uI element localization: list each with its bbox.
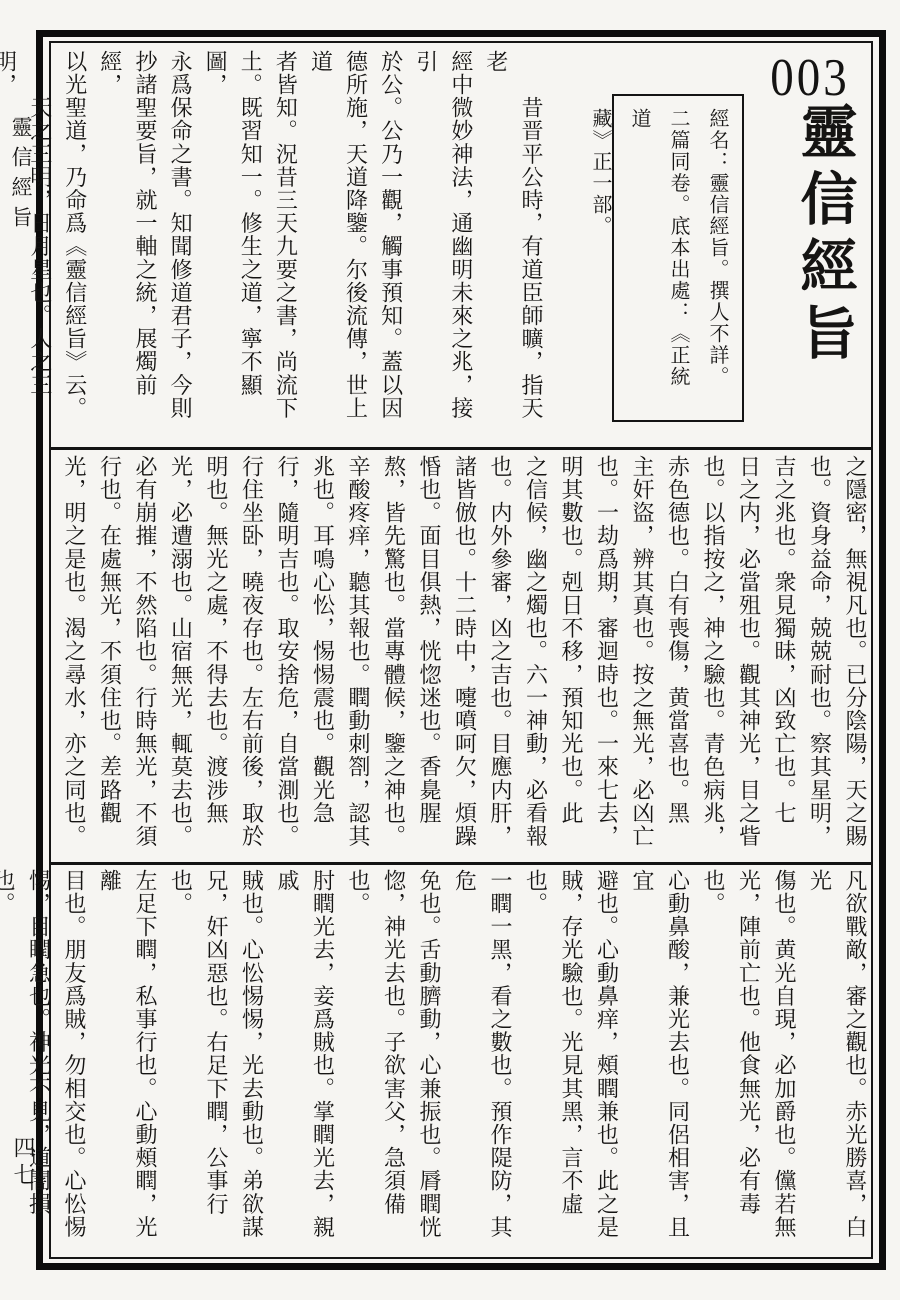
text-column: 肘瞤光去，妾爲賊也。掌瞤光去，親戚	[270, 869, 341, 1259]
text-column: 必有崩摧，不然陷也。行時無光，不須	[128, 455, 164, 853]
text-column: 行也。在處無光，不須住也。差路觀	[92, 455, 128, 853]
text-column: 諸皆倣也。十二時中，嚏噴呵欠，煩躁	[447, 455, 483, 853]
text-column: 惛也。面目俱熱，恍惚迷也。香臰腥	[412, 455, 448, 853]
text-column: 吉之兆也。衆見獨昧，凶致亡也。七	[767, 455, 803, 853]
text-column: 德所施，天道降鑒。尔後流傳，世上道	[303, 50, 373, 442]
register-divider-2	[51, 862, 871, 865]
text-column: 也。資身益命，兢兢耐也。察其星明，	[802, 455, 838, 853]
text-column: 左足下瞤，私事行也。心動頰瞤，光離	[92, 869, 163, 1259]
text-register-3: 凡欲戰敵，審之觀也。赤光勝喜，白光傷也。黄光自現，必加爵也。儻若無光，陣前亡也。…	[55, 869, 873, 1259]
text-column: 光，明之是也。渴之尋水，亦之同也。	[57, 455, 93, 853]
text-column: 辛酸疼痒，聽其報也。瞤動刺劄，認其	[341, 455, 377, 853]
text-column: 之信候，幽之燭也。六一神動，必看報	[518, 455, 554, 853]
text-column: 也。一劫爲期，審迴時也。一來七去，	[589, 455, 625, 853]
text-column: 凡欲戰敵，審之觀也。赤光勝喜，白光	[802, 869, 873, 1259]
text-column: 惚，神光去也。子欲害父，急須備也。	[341, 869, 412, 1259]
text-column: 主奸盜，辨其真也。按之無光，必凶亡	[625, 455, 661, 853]
text-column: 也。内外參審，凶之吉也。目應内肝，	[483, 455, 519, 853]
text-column: 熬，皆先驚也。當專體候，鑒之神也。	[376, 455, 412, 853]
text-column: 天之三明，日月星也。人之三明，	[0, 50, 58, 442]
text-register-1: 昔晋平公時，有道臣師曠，指天老經中微妙神法，通幽明未來之兆，接引於公。公乃一觀，…	[57, 50, 549, 442]
text-column: 永爲保命之書。知聞修道君子，今則	[163, 50, 198, 442]
text-column: 於公。公乃一觀，觸事預知。蓋以因	[374, 50, 409, 442]
text-column: 藏》正一部。	[580, 108, 619, 408]
text-column: 心動鼻酸，兼光去也。同侶相害，且宜	[625, 869, 696, 1259]
text-column: 明其數也。剋日不移，預知光也。此	[554, 455, 590, 853]
text-column: 二篇同卷。底本出處：《正統道	[619, 108, 697, 408]
text-column: 經名：靈信經旨。撰人不詳。	[697, 108, 736, 408]
text-column: 兆也。耳鳴心忪，惕惕震也。觀光急	[305, 455, 341, 853]
text-column: 之隱密，無視凡也。已分陰陽，天之賜	[838, 455, 874, 853]
text-column: 賊，存光驗也。光見其黑，言不虛也。	[518, 869, 589, 1259]
text-column: 也。以指按之，神之驗也。青色病兆，	[696, 455, 732, 853]
text-column: 光，必遭溺也。山宿無光，輒莫去也。	[163, 455, 199, 853]
text-column: 一瞤一黑，看之數也。預作隄防，其危	[447, 869, 518, 1259]
text-column: 土。既習知一。修生之道，寧不顯圖，	[198, 50, 268, 442]
text-column: 經中微妙神法，通幽明未來之兆，接引	[409, 50, 479, 442]
text-column: 行住坐卧，曉夜存也。左右前後，取於	[234, 455, 270, 853]
text-column: 光，陣前亡也。他食無光，必有毒也。	[696, 869, 767, 1259]
scripture-info-box: 經名：靈信經旨。撰人不詳。二篇同卷。底本出處：《正統道藏》正一部。	[612, 94, 744, 422]
document-number: 003	[752, 48, 868, 108]
text-column: 行，隨明吉也。取安捨危，自當測也。	[270, 455, 306, 853]
text-column: 以光聖道，乃命爲《靈信經旨》云。	[58, 50, 93, 442]
main-title: 靈信經旨	[782, 102, 864, 370]
text-column: 抄諸聖要旨，就一軸之統，展燭前經，	[93, 50, 163, 442]
text-column: 昔晋平公時，有道臣師曠，指天老	[479, 50, 549, 442]
scanned-scripture-page: 靈信經旨 四七 003 靈信經旨 經名：靈信經旨。撰人不詳。二篇同卷。底本出處：…	[0, 0, 900, 1300]
text-column: 者皆知。況昔三天九要之書，尚流下	[268, 50, 303, 442]
text-column: 明也。無光之處，不得去也。渡涉無	[199, 455, 235, 853]
text-column: 傷也。黄光自現，必加爵也。儻若無	[767, 869, 803, 1259]
text-column: 惕，目瞤急也。神光不見，道闇損也。	[0, 869, 57, 1259]
text-column: 兄，奸凶惡也。右足下瞤，公事行也。	[163, 869, 234, 1259]
text-column: 目也。朋友爲賊，勿相交也。心忪惕	[57, 869, 93, 1259]
text-column: 賊也。心忪惕惕，光去動也。弟欲謀	[234, 869, 270, 1259]
register-divider-1	[51, 447, 871, 450]
text-column: 避也。心動鼻痒，頰瞤兼也。此之是	[589, 869, 625, 1259]
text-column: 日之内，必當殂也。觀其神光，目之眥	[731, 455, 767, 853]
text-column: 免也。舌動臍動，心兼振也。脣瞤恍	[412, 869, 448, 1259]
text-column: 赤色德也。白有喪傷，黄當喜也。黑	[660, 455, 696, 853]
text-register-2: 之隱密，無視凡也。已分陰陽，天之賜也。資身益命，兢兢耐也。察其星明，吉之兆也。衆…	[55, 455, 873, 853]
